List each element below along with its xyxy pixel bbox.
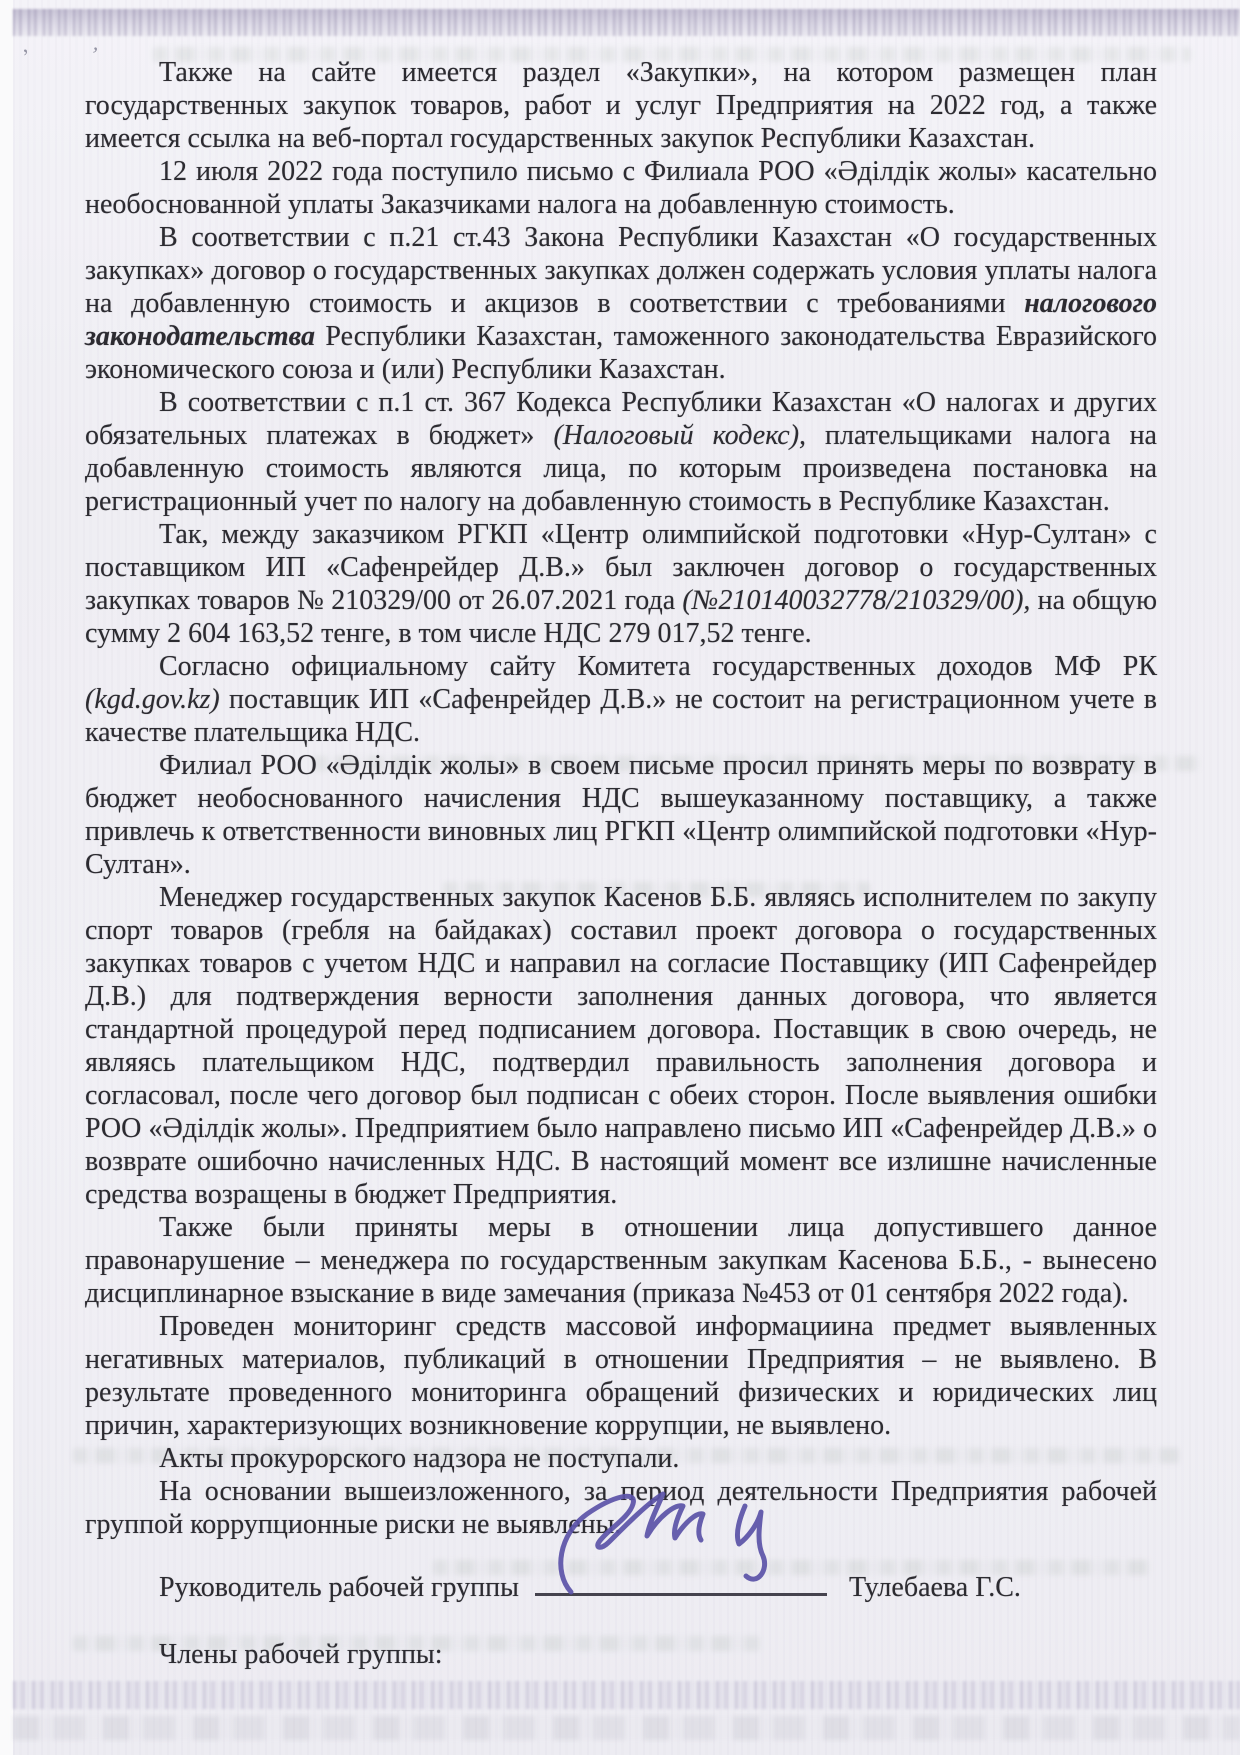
text-run: Менеджер государственных закупок Касенов…: [85, 882, 1157, 1210]
paragraph-3: В соответствии с п.21 ст.43 Закона Респу…: [85, 221, 1157, 386]
signature-row: Руководитель рабочей группы Тулебаева Г.…: [85, 1571, 1157, 1604]
text-run: Акты прокурорского надзора не поступали.: [159, 1443, 679, 1474]
text-run: Филиал РОО «Әділдік жолы» в своем письме…: [85, 750, 1157, 880]
scanned-document-page: { "colors": { "page_background": "#efeef…: [0, 0, 1240, 1755]
text-run: Также были приняты меры в отношении лица…: [85, 1212, 1157, 1309]
paragraph-5: Так, между заказчиком РГКП «Центр олимпи…: [85, 518, 1157, 650]
text-run: Также на сайте имеется раздел «Закупки»,…: [85, 57, 1157, 154]
paragraph-2: 12 июля 2022 года поступило письмо с Фил…: [85, 155, 1157, 221]
members-label: Члены рабочей группы:: [85, 1638, 1157, 1671]
paragraph-9: Также были приняты меры в отношении лица…: [85, 1211, 1157, 1310]
paragraph-8: Менеджер государственных закупок Касенов…: [85, 881, 1157, 1211]
paragraph-7: Филиал РОО «Әділдік жолы» в своем письме…: [85, 749, 1157, 881]
paragraph-11: Акты прокурорского надзора не поступали.: [85, 1442, 1157, 1475]
text-run: Согласно официальному сайту Комитета гос…: [159, 651, 1157, 682]
text-run: В соответствии с п.21 ст.43 Закона Респу…: [85, 222, 1157, 319]
paragraph-10: Проведен мониторинг средств массовой инф…: [85, 1310, 1157, 1442]
text-run-italic: (Налоговый кодекс),: [553, 420, 806, 451]
paragraph-6: Согласно официальному сайту Комитета гос…: [85, 650, 1157, 749]
paragraph-4: В соответствии с п.1 ст. 367 Кодекса Рес…: [85, 386, 1157, 518]
bleedthrough-artifact: [13, 1716, 1240, 1740]
signature-line: [535, 1587, 827, 1596]
scanner-edge-band-bottom: [13, 1681, 1240, 1709]
text-run-italic: (№210140032778/210329/00),: [682, 585, 1030, 616]
text-run: 12 июля 2022 года поступило письмо с Фил…: [85, 156, 1157, 220]
document-body: Также на сайте имеется раздел «Закупки»,…: [85, 56, 1157, 1671]
text-run-italic: (kgd.gov.kz): [85, 684, 220, 715]
signatory-name: Тулебаева Г.С.: [849, 1572, 1021, 1603]
signature-role-label: Руководитель рабочей группы: [159, 1572, 519, 1603]
scanner-edge-band-top: [13, 9, 1240, 36]
page-surface: ʼ ʼ Также на сайте имеется раздел «Закуп…: [13, 0, 1240, 1755]
paragraph-1: Также на сайте имеется раздел «Закупки»,…: [85, 56, 1157, 155]
handwritten-signature: [549, 1488, 817, 1600]
text-run: Проведен мониторинг средств массовой инф…: [85, 1311, 1157, 1441]
text-run: поставщик ИП «Сафенрейдер Д.В.» не состо…: [85, 684, 1157, 748]
